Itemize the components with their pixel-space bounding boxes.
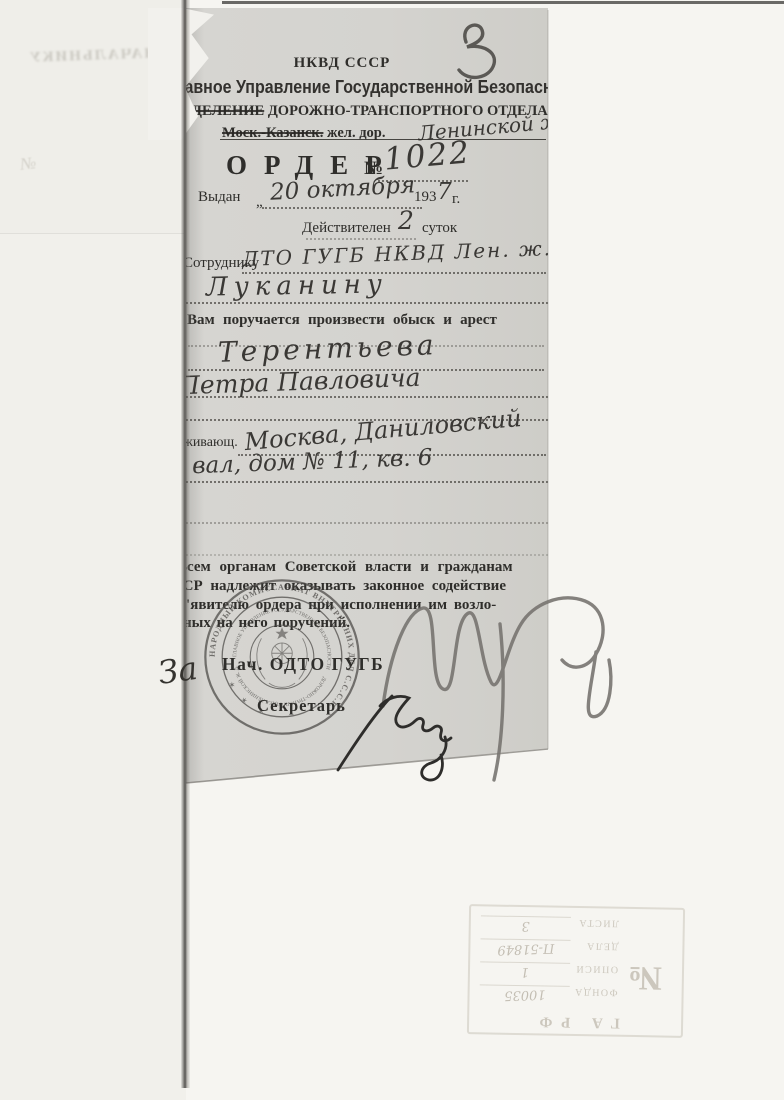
- valid-units: суток: [422, 220, 457, 237]
- order-number-handwritten: 1022: [383, 134, 473, 177]
- scanned-page: НАЧАЛЬНИКУ № НКВД СССР Главное Управлени…: [0, 0, 784, 1100]
- archive-label-delo: ДЕЛА: [570, 940, 618, 952]
- blank-line: [186, 522, 548, 524]
- residence-label: проживающ.: [186, 435, 238, 451]
- issued-year-suffix: г.: [452, 191, 460, 208]
- org-name-gugb: Главное Управление Государственной Безоп…: [186, 78, 548, 99]
- chief-title-label: Нач. ОДТО ГУГБ: [222, 654, 384, 675]
- arrest-warrant-document: НКВД СССР Главное Управление Государстве…: [186, 8, 548, 783]
- archive-row-fond: ФОНДА 10035: [479, 984, 617, 1009]
- archive-row-list: ЛИСТА 3: [481, 915, 619, 940]
- archive-value-fond: 10035: [504, 986, 546, 1002]
- archive-value-list: 3: [521, 918, 530, 933]
- archive-label-opis: ОПИСИ: [570, 963, 618, 975]
- page-fold-crease: [181, 0, 190, 1088]
- archive-row-opis: ОПИСИ 1: [480, 961, 618, 986]
- residence-line2-rule: [186, 481, 548, 483]
- valid-value-handwritten: 2: [398, 206, 414, 235]
- valid-label: Действителен: [302, 220, 391, 237]
- valid-line: [306, 238, 416, 240]
- org-name-nkvd: НКВД СССР: [242, 55, 442, 72]
- archive-org-name: ГА РФ: [479, 1011, 671, 1031]
- secretary-title-label: Секретарь: [257, 696, 346, 716]
- archive-number-sign: №: [618, 918, 673, 997]
- archive-label-list: ЛИСТА: [571, 917, 619, 929]
- archive-label-fond: ФОНДА: [570, 986, 618, 998]
- archive-row-delo: ДЕЛА П-51849: [480, 938, 618, 963]
- officer-org-handwritten: ДТО ГУГБ НКВД Лен. ж. д.: [242, 235, 548, 271]
- blank-line: [186, 554, 548, 556]
- issued-year-digit-handwritten: 7: [437, 179, 452, 205]
- officer-name-line: [186, 302, 548, 304]
- archive-stamp-garf: ГА РФ № ФОНДА 10035 ОПИСИ 1 ДЕЛА П-51849…: [467, 904, 685, 1038]
- archive-value-opis: 1: [521, 964, 530, 979]
- archive-value-delo: П-51849: [497, 940, 555, 957]
- issued-label: Выдан: [198, 189, 240, 206]
- officer-name-handwritten: Луканину: [206, 269, 388, 302]
- task-line: Вам поручается произвести обыск и арест: [187, 312, 497, 329]
- issued-year-printed: 193: [414, 189, 437, 206]
- header-rule: [220, 139, 546, 140]
- target-name-line: [186, 396, 548, 398]
- scan-edge-line: [222, 1, 784, 4]
- faint-pencil-mark: №: [19, 153, 37, 175]
